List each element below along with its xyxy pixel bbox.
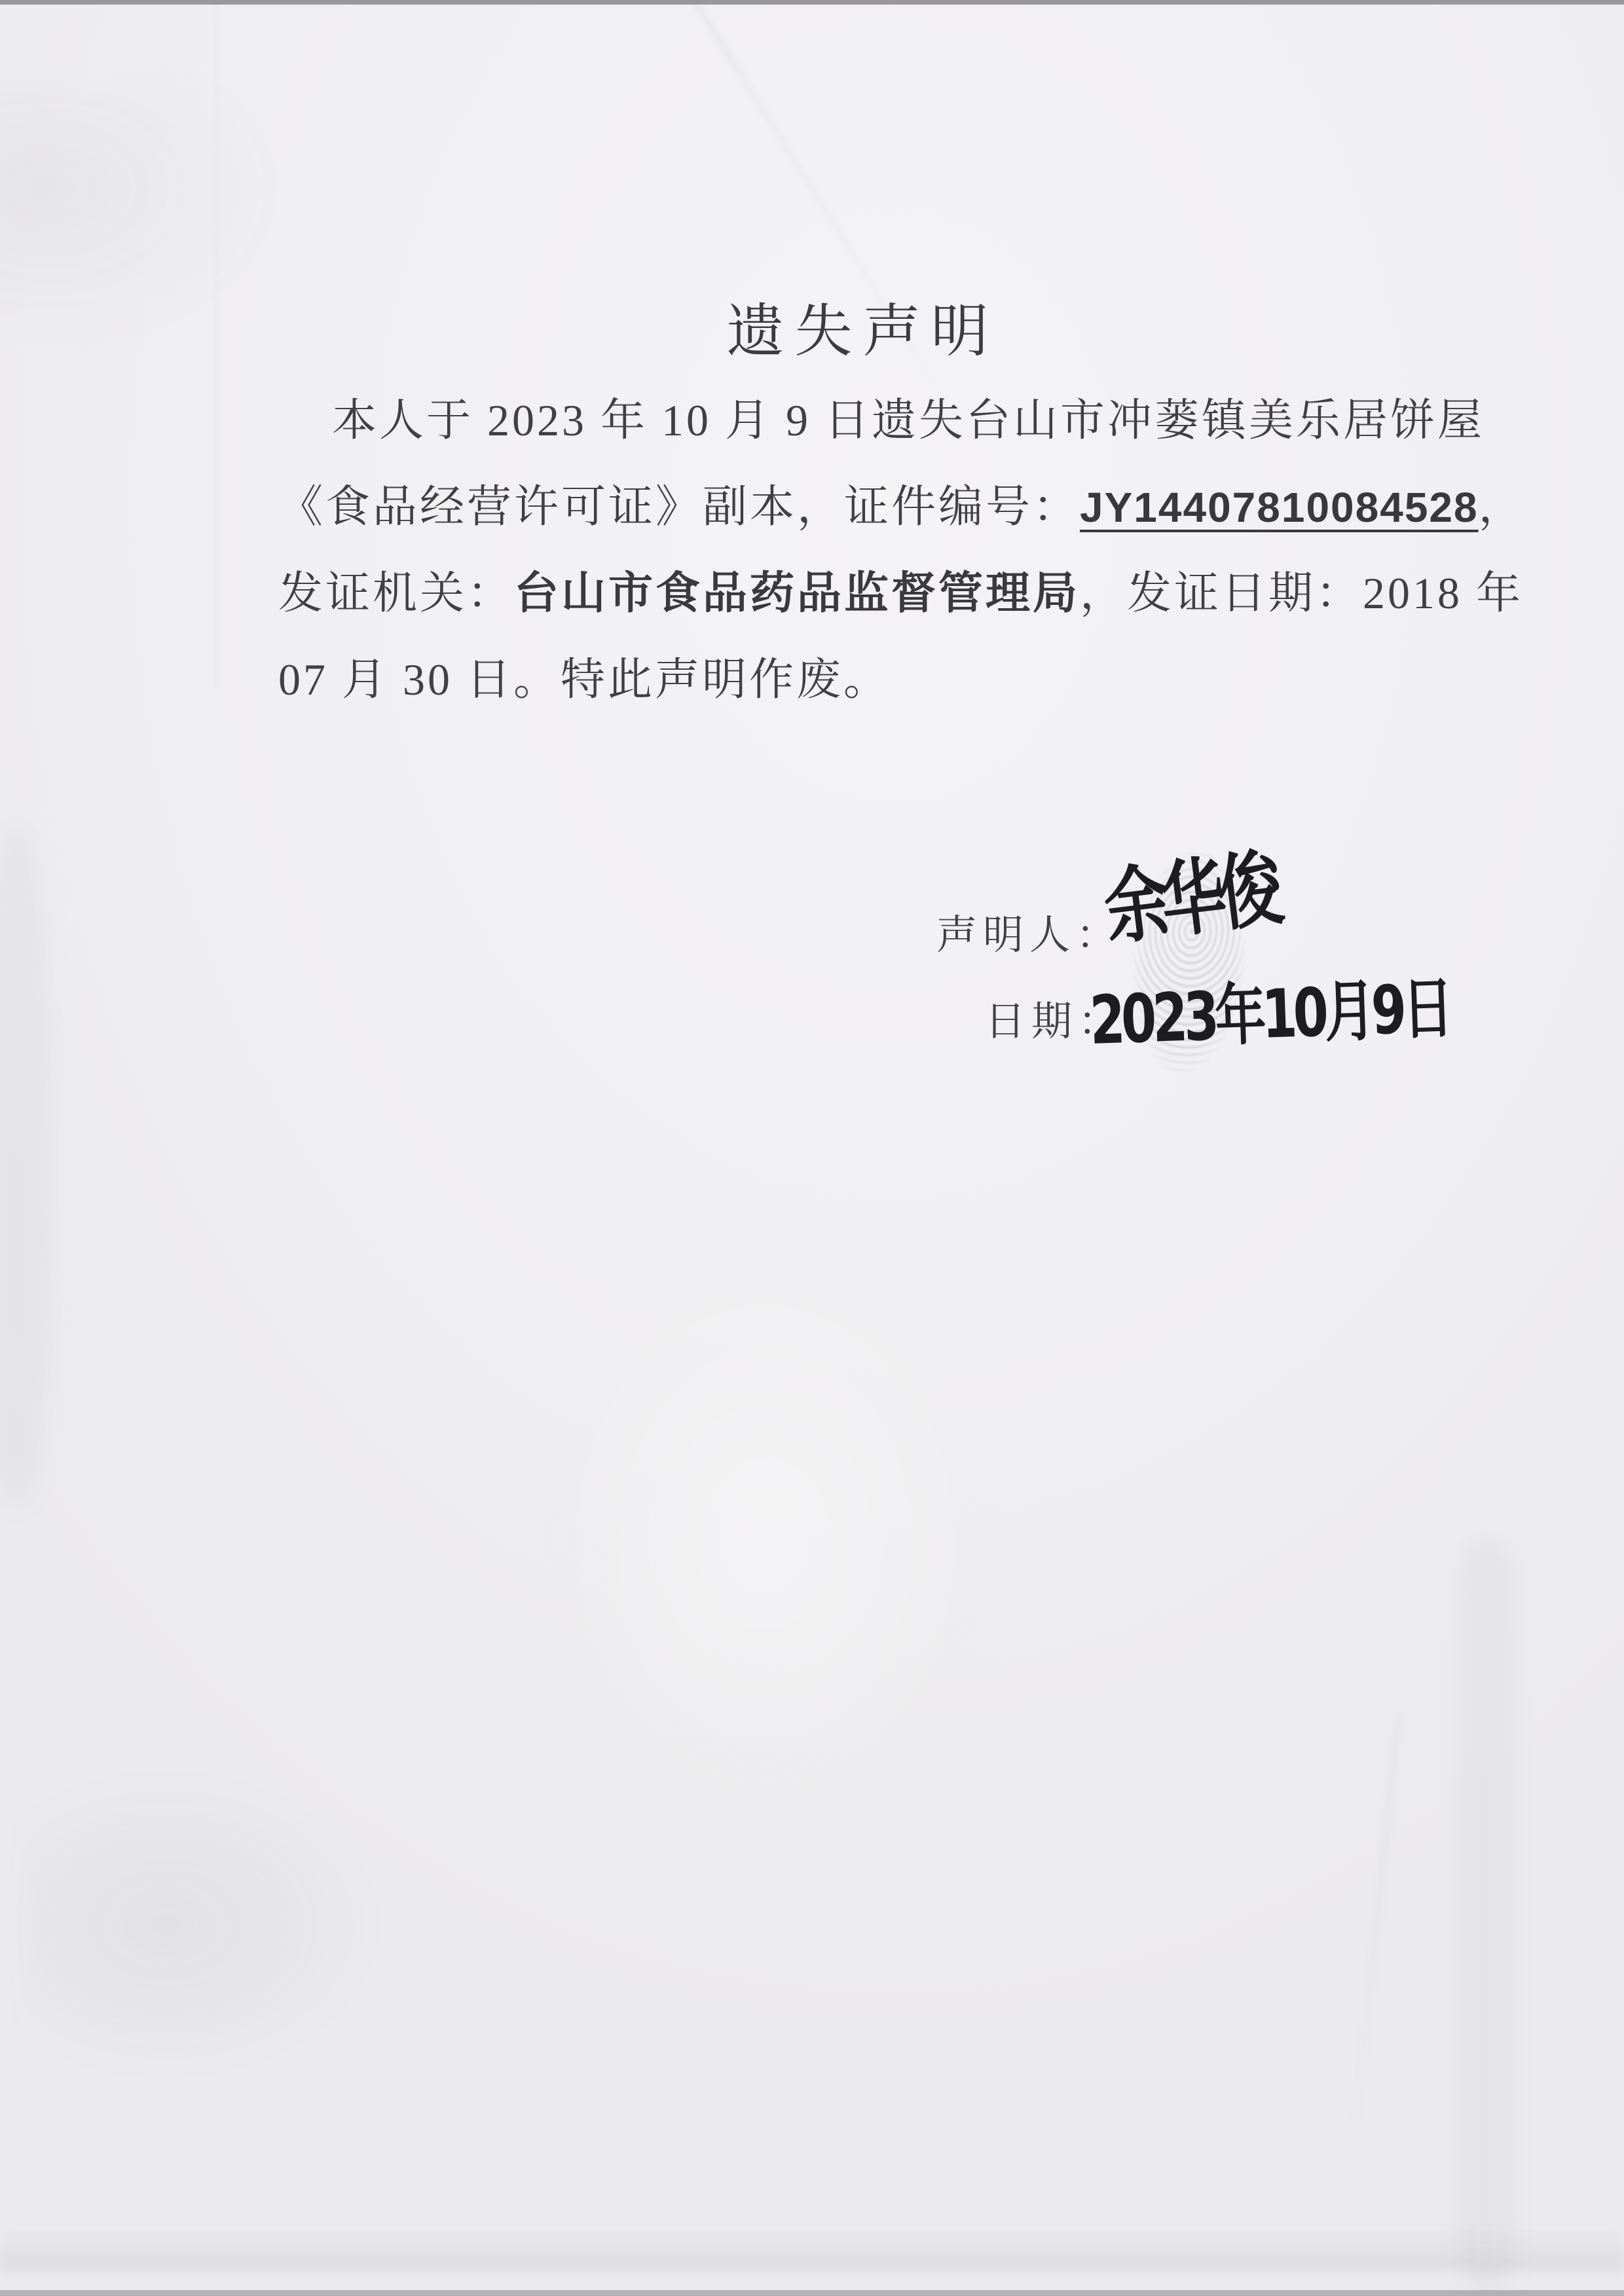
date-handwritten: 2023年10月9日 [1088,955,1450,1063]
paper-crease [20,1768,386,2082]
license-number: JY14407810084528 [1080,484,1479,531]
declarant-label: 声明人： [936,902,1122,960]
scanner-edge-top [0,0,1624,5]
body-line-2: 《食品经营许可证》副本，证件编号：JY14407810084528， [278,471,1526,535]
scanner-edge-bottom [0,2290,1624,2296]
paper-crease [216,0,218,687]
body-line-2-text: 《食品经营许可证》副本，证件编号： [278,482,1080,532]
issuing-authority: 台山市食品药品监督管理局 [514,568,1080,618]
document-title: 遗失声明 [298,285,1428,368]
paper-crease [0,2225,1624,2270]
paper-crease [0,818,52,1506]
body-line-2-comma: ， [1479,482,1526,532]
body-line-3: 发证机关：台山市食品药品监督管理局，发证日期：2018 年 [278,558,1523,621]
paper-highlight [537,1244,995,1833]
body-line-3-text: 发证机关： [278,568,514,618]
body-line-1: 本人于 2023 年 10 月 9 日遗失台山市冲蒌镇美乐居饼屋 [332,385,1485,448]
paper-crease [1460,1539,1513,2291]
paper-crease [0,79,288,354]
paper-crease [1354,1716,1401,2120]
body-line-4: 07 月 30 日。特此声明作废。 [278,644,891,708]
scanned-document-page: 遗失声明 本人于 2023 年 10 月 9 日遗失台山市冲蒌镇美乐居饼屋 《食… [0,0,1624,2296]
body-line-3-suffix: ，发证日期：2018 年 [1080,568,1523,618]
declarant-signature-handwritten: 余华俊 [1097,823,1282,962]
